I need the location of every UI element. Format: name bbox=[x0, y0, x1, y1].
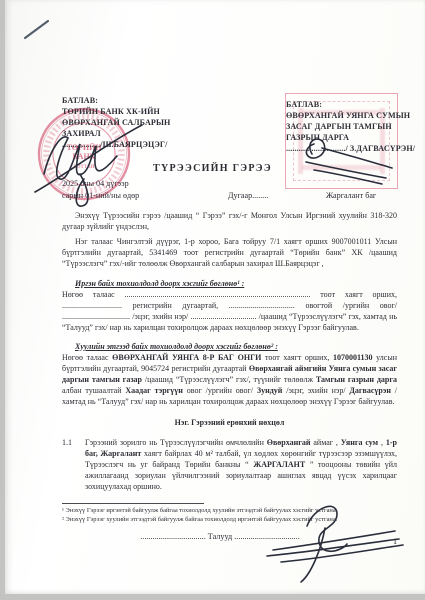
scanned-contract-page: { "document": { "title": "ТҮРЭЭСИЙН ГЭРЭ… bbox=[0, 0, 425, 600]
clause-1-1: 1.1 Гэрээний зорилго нь Түрээслүүлэгчийн… bbox=[62, 437, 397, 492]
clause-number: 1.1 bbox=[62, 437, 85, 492]
pen-mark bbox=[18, 12, 58, 44]
footnote-separator bbox=[62, 503, 204, 504]
document-number-label: Дугаар........ bbox=[228, 190, 268, 202]
lessor-paragraph: Нөгөө талаас ӨВӨРХАНГАЙ УЯНГА 8-Р БАГ ОН… bbox=[62, 352, 397, 407]
left-signature bbox=[30, 116, 155, 211]
place-label: Жаргалант баг bbox=[326, 190, 376, 202]
bottom-signature bbox=[245, 498, 405, 588]
intro-paragraph: Энэхүү Түрээсийн гэрээ /цаашид “ Гэрээ” … bbox=[62, 210, 397, 232]
right-signature bbox=[292, 132, 400, 190]
lessee-paragraph: Нэг талаас Чингэлтэй дүүрэг, 1-р хороо, … bbox=[62, 236, 397, 269]
approval-left-line: БАТЛАВ: bbox=[62, 95, 227, 106]
approval-right-line: БАТЛАВ: bbox=[286, 99, 418, 110]
clause-text: Гэрээний зорилго нь Түрээслүүлэгчийн өмч… bbox=[85, 437, 397, 492]
approval-right-line: ӨВӨРХАНГАЙ УЯНГА СУМЫН bbox=[286, 110, 418, 121]
approval-right-line: ЗАСАГ ДАРГЫН ТАМГЫН bbox=[286, 121, 418, 132]
section-one-title: Нэг. Гэрээний ерөнхий нөхцөл bbox=[62, 417, 397, 428]
legal-entity-heading: Хуулийн этгээд байх тохиолдолд доорх хэс… bbox=[75, 341, 397, 352]
citizen-case-heading: Иргэн байх тохиолдолд доорх хэсгийг бөгл… bbox=[75, 278, 397, 289]
citizen-blank-paragraph: Нөгөө талаас ...........................… bbox=[62, 289, 397, 333]
contract-body: Энэхүү Түрээсийн гэрээ /цаашид “ Гэрээ” … bbox=[62, 210, 397, 492]
